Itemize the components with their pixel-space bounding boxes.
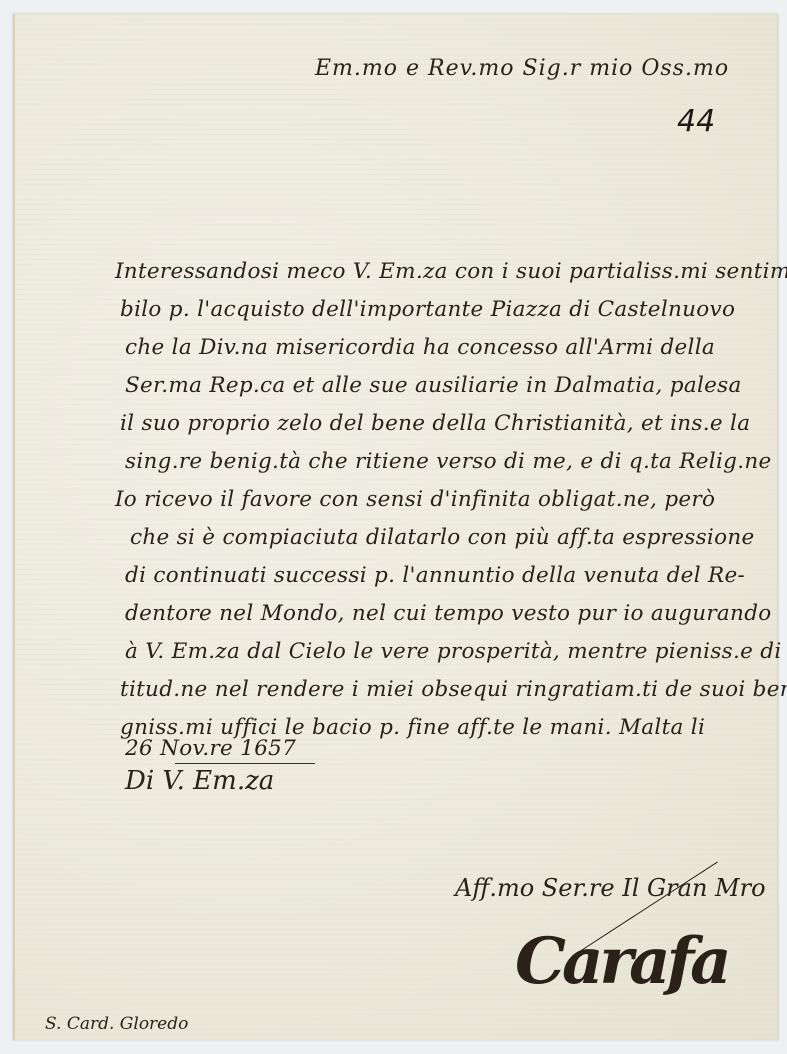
body-line: bilo p. l'acquisto dell'importante Piazz… — [120, 297, 735, 322]
body-line: che si è compiaciuta dilatarlo con più a… — [130, 525, 755, 550]
body-line: di continuati successi p. l'annuntio del… — [125, 563, 745, 588]
body-line: il suo proprio zelo del bene della Chris… — [120, 411, 750, 436]
body-line: Io ricevo il favore con sensi d'infinita… — [115, 487, 715, 512]
folio-number: 44 — [677, 104, 715, 139]
date-underline — [175, 763, 315, 764]
addressee-note: S. Card. Gloredo — [45, 1014, 188, 1034]
body-line: Interessandosi meco V. Em.za con i suoi … — [115, 259, 787, 284]
body-line: Ser.ma Rep.ca et alle sue ausiliarie in … — [125, 373, 742, 398]
closing: Di V. Em.za — [125, 766, 274, 796]
body-line: che la Div.na misericordia ha concesso a… — [125, 335, 715, 360]
salutation: Em.mo e Rev.mo Sig.r mio Oss.mo — [315, 56, 729, 81]
subscription: Aff.mo Ser.re Il Gran Mro — [455, 874, 766, 902]
signature: Carafa — [515, 924, 728, 999]
body-line: à V. Em.za dal Cielo le vere prosperità,… — [125, 639, 787, 664]
body-line: titud.ne nel rendere i miei obsequi ring… — [120, 677, 787, 702]
date-line: 26 Nov.re 1657 — [125, 736, 296, 761]
body-line: sing.re benig.tà che ritiene verso di me… — [125, 449, 772, 474]
letter-page: Em.mo e Rev.mo Sig.r mio Oss.mo 44 Inter… — [13, 14, 778, 1040]
body-line: dentore nel Mondo, nel cui tempo vesto p… — [125, 601, 772, 626]
